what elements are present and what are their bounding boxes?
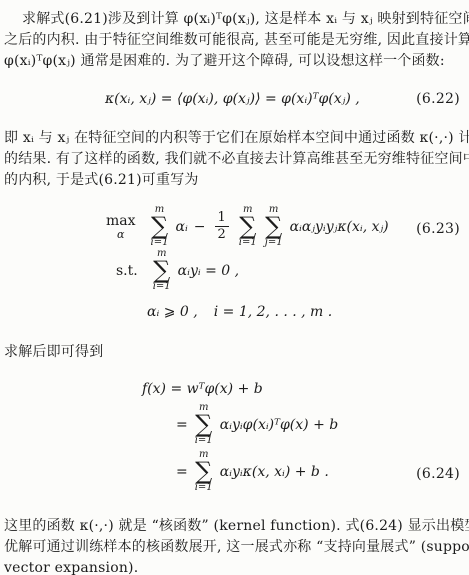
equation-6-23-constraint2: αᵢ ⩾ 0 , i = 1, 2, . . . , m . — [147, 304, 332, 320]
max-subscript: α — [117, 229, 124, 240]
text-line: φ(xᵢ)ᵀφ(xⱼ) 通常是困难的. 为了避开这个障碍, 可以设想这样一个函数… — [4, 51, 464, 72]
sigma-icon: ∑ — [151, 215, 168, 237]
equation-6-23-objective: max α m ∑ i=1 αᵢ − 1 2 m ∑ i=1 m ∑ j=1 α… — [106, 205, 389, 248]
sigma-icon: ∑ — [195, 413, 212, 435]
equation-6-23-number: (6.23) — [416, 221, 460, 237]
equation-6-22-body: κ(xᵢ, xⱼ) = ⟨φ(xᵢ), φ(xⱼ)⟩ = φ(xᵢ)ᵀφ(xⱼ)… — [105, 91, 360, 107]
paragraph-kernel-explain: 即 xᵢ 与 xⱼ 在特征空间的内积等于它们在原始样本空间中通过函数 κ(·,·… — [4, 128, 464, 191]
equation-6-24-line1: f(x) = wᵀφ(x) + b — [142, 381, 263, 397]
text-line: 即 xᵢ 与 xⱼ 在特征空间的内积等于它们在原始样本空间中通过函数 κ(·,·… — [4, 128, 464, 149]
text-line: 求解式(6.21)涉及到计算 φ(xᵢ)ᵀφ(xⱼ), 这是样本 xᵢ 与 xⱼ… — [4, 9, 464, 30]
fraction-one-half: 1 2 — [215, 211, 229, 241]
subject-to-label: s.t. — [116, 263, 138, 279]
sigma-icon: ∑ — [239, 215, 256, 237]
equation-6-23-constraint1: s.t. m ∑ i=1 αᵢyᵢ = 0 , — [116, 249, 239, 292]
sum-over-i: m ∑ i=1 — [239, 205, 257, 248]
sum-over-i: m ∑ i=1 — [151, 205, 169, 248]
paragraph-kernel-function: 这里的函数 κ(·,·) 就是 “核函数” (kernel function).… — [4, 516, 464, 575]
max-operator: max α — [106, 214, 136, 240]
sum-over-i: m ∑ i=1 — [195, 450, 213, 493]
kernel-expansion-term: αᵢyᵢκ(x, xᵢ) + b . — [220, 464, 329, 480]
text-line: 求解后即可得到 — [4, 342, 464, 363]
equation-6-24-line2: = m ∑ i=1 αᵢyᵢφ(xᵢ)ᵀφ(x) + b — [176, 403, 338, 446]
equals-sign: = — [176, 464, 188, 480]
sum-over-j: m ∑ j=1 — [265, 205, 283, 248]
sigma-icon: ∑ — [153, 259, 170, 281]
index-range-term: i = 1, 2, . . . , m . — [214, 304, 333, 320]
paragraph-intro: 求解式(6.21)涉及到计算 φ(xᵢ)ᵀφ(xⱼ), 这是样本 xᵢ 与 xⱼ… — [4, 9, 464, 72]
equals-sign: = — [176, 417, 188, 433]
sum-over-i: m ∑ i=1 — [153, 249, 171, 292]
kernel-term: αᵢαⱼyᵢyⱼκ(xᵢ, xⱼ) — [290, 219, 389, 235]
max-label: max — [106, 214, 136, 228]
equation-6-22: κ(xᵢ, xⱼ) = ⟨φ(xᵢ), φ(xⱼ)⟩ = φ(xᵢ)ᵀφ(xⱼ)… — [105, 91, 360, 107]
alpha-term: αᵢ — [175, 219, 187, 235]
text-line: 优解可通过训练样本的核函数展开, 这一展式亦称 “支持向量展式” (suppor… — [4, 537, 464, 558]
equation-6-24-line3: = m ∑ i=1 αᵢyᵢκ(x, xᵢ) + b . — [176, 450, 329, 493]
paragraph-solve: 求解后即可得到 — [4, 342, 464, 363]
minus-sign: − — [194, 219, 206, 235]
text-line: vector expansion). — [4, 558, 464, 575]
textbook-page: 求解式(6.21)涉及到计算 φ(xᵢ)ᵀφ(xⱼ), 这是样本 xᵢ 与 xⱼ… — [0, 0, 469, 575]
fx-definition: f(x) = wᵀφ(x) + b — [142, 381, 263, 397]
text-line: 之后的内积. 由于特征空间维数可能很高, 甚至可能是无穷维, 因此直接计算 — [4, 30, 464, 51]
alpha-nonneg-term: αᵢ ⩾ 0 , — [147, 304, 198, 320]
equation-6-24-number: (6.24) — [416, 466, 460, 482]
sigma-icon: ∑ — [195, 460, 212, 482]
sum-over-i: m ∑ i=1 — [195, 403, 213, 446]
text-line: 的结果. 有了这样的函数, 我们就不必直接去计算高维甚至无穷维特征空间中 — [4, 149, 464, 170]
equation-6-22-number: (6.22) — [416, 91, 460, 107]
text-line: 这里的函数 κ(·,·) 就是 “核函数” (kernel function).… — [4, 516, 464, 537]
sigma-icon: ∑ — [265, 215, 282, 237]
text-line: 的内积, 于是式(6.21)可重写为 — [4, 170, 464, 191]
phi-expansion-term: αᵢyᵢφ(xᵢ)ᵀφ(x) + b — [220, 417, 339, 433]
constraint1-term: αᵢyᵢ = 0 , — [178, 263, 239, 279]
